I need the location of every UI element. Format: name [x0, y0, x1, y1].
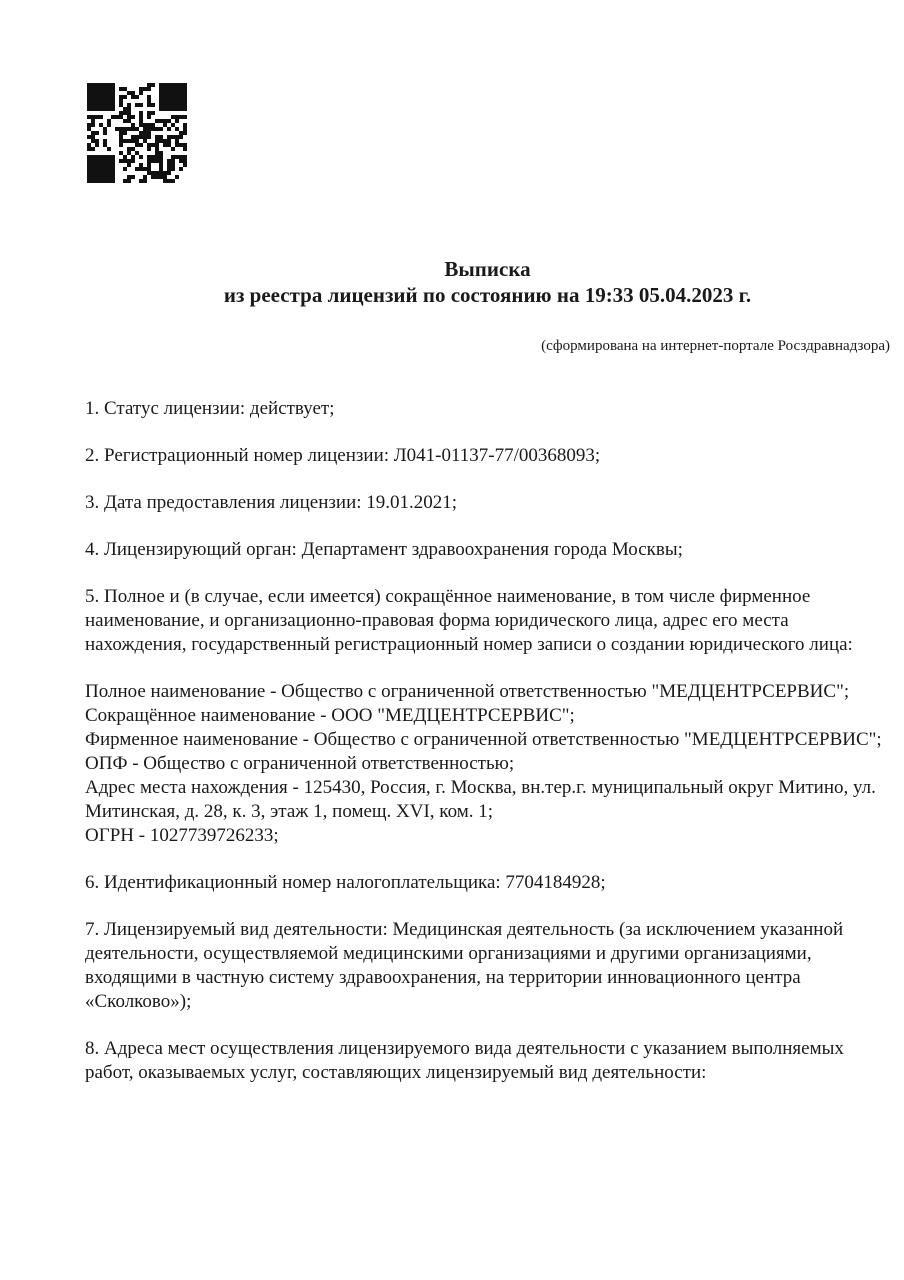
qr-code — [87, 83, 187, 183]
organization-details: Полное наименование - Общество с огранич… — [85, 680, 887, 848]
item-licensed-activity: 7. Лицензируемый вид деятельности: Медиц… — [85, 918, 887, 1014]
item-license-status: 1. Статус лицензии: действует; — [85, 397, 887, 421]
title-line-2: из реестра лицензий по состоянию на 19:3… — [85, 282, 890, 308]
org-brand-name: Фирменное наименование - Общество с огра… — [85, 728, 887, 752]
item-taxpayer-number: 6. Идентификационный номер налогоплатель… — [85, 871, 887, 895]
org-short-name: Сокращённое наименование - ООО "МЕДЦЕНТР… — [85, 704, 887, 728]
org-full-name: Полное наименование - Общество с огранич… — [85, 680, 887, 704]
document-body: 1. Статус лицензии: действует; 2. Регист… — [85, 397, 887, 1108]
item-license-grant-date: 3. Дата предоставления лицензии: 19.01.2… — [85, 491, 887, 515]
item-registration-number: 2. Регистрационный номер лицензии: Л041-… — [85, 444, 887, 468]
org-address: Адрес места нахождения - 125430, Россия,… — [85, 776, 887, 824]
document-page: Выписка из реестра лицензий по состоянию… — [0, 0, 904, 1280]
item-activity-addresses-intro: 8. Адреса мест осуществления лицензируем… — [85, 1037, 887, 1085]
document-subtitle: (сформирована на интернет-портале Росздр… — [85, 337, 890, 356]
org-legal-form: ОПФ - Общество с ограниченной ответствен… — [85, 752, 887, 776]
item-licensing-authority: 4. Лицензирующий орган: Департамент здра… — [85, 538, 887, 562]
document-title: Выписка из реестра лицензий по состоянию… — [85, 256, 890, 308]
item-organization-names-intro: 5. Полное и (в случае, если имеется) сок… — [85, 585, 887, 657]
org-ogrn: ОГРН - 1027739726233; — [85, 824, 887, 848]
title-line-1: Выписка — [85, 256, 890, 282]
